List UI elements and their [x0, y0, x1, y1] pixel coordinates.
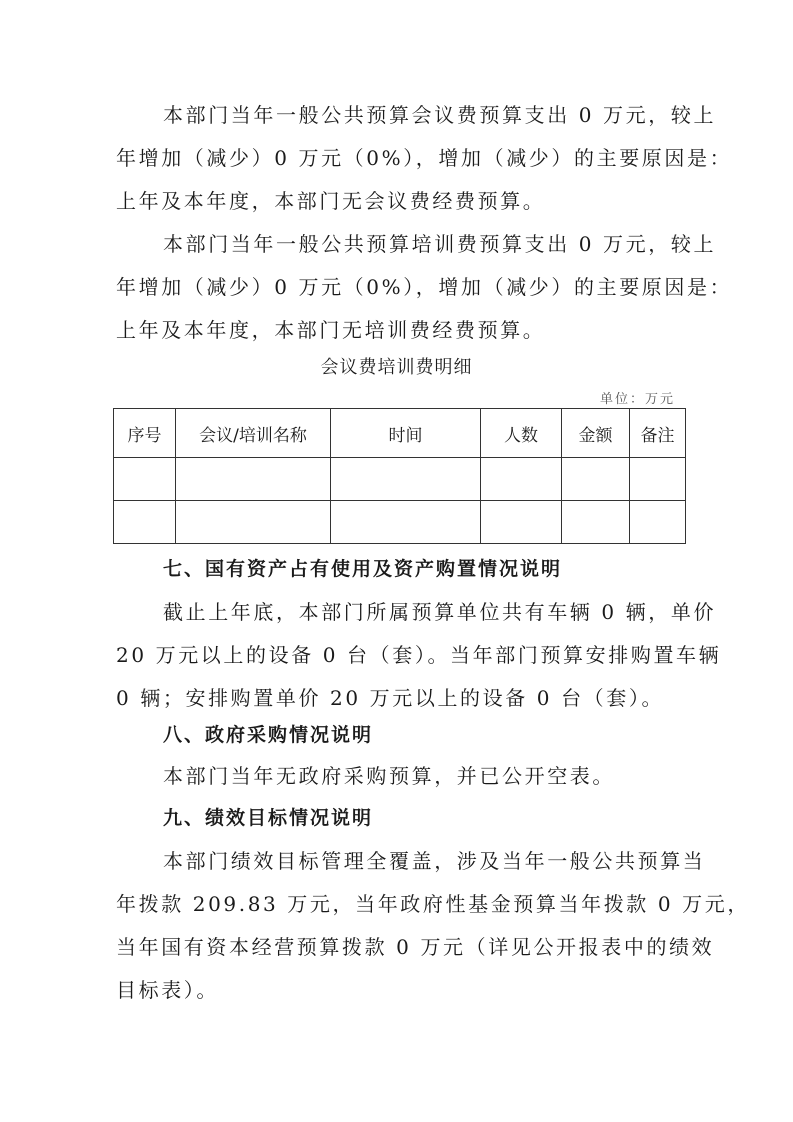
- text-line: 年增加（减少）0 万元（0%），增加（减少）的主要原因是：: [116, 275, 732, 299]
- table-row: [114, 458, 686, 501]
- table-cell: [331, 458, 481, 501]
- text-line: 当年国有资本经营预算拨款 0 万元（详见公开报表中的绩效: [116, 935, 714, 959]
- col-header-amount: 金额: [562, 409, 630, 458]
- table-cell: [176, 501, 331, 544]
- table-cell: [481, 458, 562, 501]
- table-cell: [562, 501, 630, 544]
- text-line: 0 辆；安排购置单价 20 万元以上的设备 0 台（套）。: [116, 686, 664, 710]
- col-header-time: 时间: [331, 409, 481, 458]
- text-line: 上年及本年度，本部门无培训费经费预算。: [116, 318, 545, 342]
- table-title: 会议费培训费明细: [0, 356, 793, 380]
- section-heading: 九、绩效目标情况说明: [163, 806, 373, 830]
- meeting-training-table: 序号 会议/培训名称 时间 人数 金额 备注: [113, 408, 686, 544]
- table-cell: [114, 458, 176, 501]
- text-line: 本部门当年一般公共预算培训费预算支出 0 万元，较上: [163, 232, 716, 256]
- table-cell: [114, 501, 176, 544]
- text-line: 截止上年底，本部门所属预算单位共有车辆 0 辆，单价: [163, 600, 716, 624]
- table-header-row: 序号 会议/培训名称 时间 人数 金额 备注: [114, 409, 686, 458]
- table-cell: [630, 458, 686, 501]
- section-heading: 八、政府采购情况说明: [163, 723, 373, 747]
- text-line: 本部门当年一般公共预算会议费预算支出 0 万元，较上: [163, 103, 716, 127]
- text-line: 目标表）。: [116, 978, 219, 1002]
- text-line: 年增加（减少）0 万元（0%），增加（减少）的主要原因是：: [116, 146, 732, 170]
- col-header-name: 会议/培训名称: [176, 409, 331, 458]
- table-cell: [176, 458, 331, 501]
- col-header-index: 序号: [114, 409, 176, 458]
- text-line: 上年及本年度，本部门无会议费经费预算。: [116, 189, 545, 213]
- col-header-remark: 备注: [630, 409, 686, 458]
- table-row: [114, 501, 686, 544]
- col-header-people: 人数: [481, 409, 562, 458]
- text-line: 本部门绩效目标管理全覆盖，涉及当年一般公共预算当: [163, 849, 705, 873]
- section-heading: 七、国有资产占有使用及资产购置情况说明: [163, 557, 562, 581]
- text-line: 年拨款 209.83 万元，当年政府性基金预算当年拨款 0 万元，: [116, 892, 750, 916]
- table-cell: [562, 458, 630, 501]
- text-line: 20 万元以上的设备 0 台（套）。当年部门预算安排购置车辆: [116, 643, 721, 667]
- table-cell: [630, 501, 686, 544]
- table-cell: [481, 501, 562, 544]
- unit-label: 单位：万元: [600, 388, 675, 407]
- table-cell: [331, 501, 481, 544]
- text-line: 本部门当年无政府采购预算，并已公开空表。: [163, 764, 615, 788]
